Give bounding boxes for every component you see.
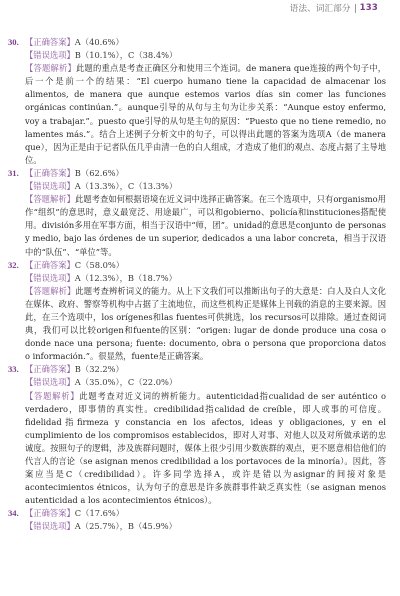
wrong-label: 【错误选项】 xyxy=(25,273,75,283)
wrong-options-row: 【错误选项】A（25.7%），B（45.9%） xyxy=(25,520,386,533)
running-header: 语法、词汇部分 133 xyxy=(290,2,378,14)
header-divider xyxy=(355,4,356,13)
correct-value: C（58.0%） xyxy=(75,260,124,270)
answer-item-32: 32. 【正确答案】C（58.0%） 【错误选项】A（12.3%），B（18.7… xyxy=(8,259,386,364)
analysis-text: 此题考查对近义词的辨析能力。autenticidad指cualidad de s… xyxy=(25,391,386,506)
question-number: 33. xyxy=(8,363,19,376)
answer-key-content: 30. 【正确答案】A（40.6%） 【错误选项】B（10.1%），C（38.4… xyxy=(8,36,386,534)
answer-item-34: 34. 【正确答案】C（17.6%） 【错误选项】A（25.7%），B（45.9… xyxy=(8,507,386,533)
page-number: 133 xyxy=(360,3,378,13)
wrong-options-row: 【错误选项】A（13.3%），C（13.3%） xyxy=(25,180,386,193)
analysis-label: 【答题解析】 xyxy=(25,63,76,73)
analysis-label: 【答题解析】 xyxy=(25,194,75,204)
wrong-value: B（10.1%），C（38.4%） xyxy=(75,50,178,60)
correct-value: A（40.6%） xyxy=(75,37,124,47)
correct-answer-row: 【正确答案】B（62.6%） xyxy=(25,167,386,180)
analysis-label: 【答题解析】 xyxy=(25,286,75,296)
question-number: 30. xyxy=(8,36,19,49)
correct-value: B（32.2%） xyxy=(75,364,124,374)
analysis-row: 【答题解析】此题考查辨析词义的能力。从上下文我们可以推断出句子的大意是：白人及白… xyxy=(25,285,386,364)
correct-label: 【正确答案】 xyxy=(25,508,75,518)
analysis-label: 【答题解析】 xyxy=(25,391,79,401)
analysis-row: 【答题解析】此题的重点是考查正确区分和使用三个连词。de manera que连… xyxy=(25,62,386,167)
wrong-label: 【错误选项】 xyxy=(25,377,75,387)
wrong-label: 【错误选项】 xyxy=(25,181,75,191)
correct-label: 【正确答案】 xyxy=(25,364,75,374)
analysis-row: 【答题解析】此题考查如何根据语境在近义词中选择正确答案。在三个选项中，只有org… xyxy=(25,193,386,258)
answer-item-30: 30. 【正确答案】A（40.6%） 【错误选项】B（10.1%），C（38.4… xyxy=(8,36,386,167)
analysis-text: 此题考查如何根据语境在近义词中选择正确答案。在三个选项中，只有organismo… xyxy=(25,194,386,256)
correct-answer-row: 【正确答案】A（40.6%） xyxy=(25,36,386,49)
correct-answer-row: 【正确答案】C（17.6%） xyxy=(25,507,386,520)
wrong-options-row: 【错误选项】A（35.0%），C（22.0%） xyxy=(25,376,386,389)
wrong-value: A（35.0%），C（22.0%） xyxy=(75,377,177,387)
analysis-text: 此题考查辨析词义的能力。从上下文我们可以推断出句子的大意是：白人及白人文化在媒体… xyxy=(25,286,386,361)
wrong-value: A（12.3%），B（18.7%） xyxy=(75,273,177,283)
answer-item-33: 33. 【正确答案】B（32.2%） 【错误选项】A（35.0%），C（22.0… xyxy=(8,363,386,507)
correct-answer-row: 【正确答案】B（32.2%） xyxy=(25,363,386,376)
wrong-label: 【错误选项】 xyxy=(25,521,75,531)
correct-value: C（17.6%） xyxy=(75,508,124,518)
correct-value: B（62.6%） xyxy=(75,168,124,178)
wrong-value: A（25.7%），B（45.9%） xyxy=(75,521,177,531)
question-number: 32. xyxy=(8,259,19,272)
wrong-label: 【错误选项】 xyxy=(25,50,75,60)
question-number: 34. xyxy=(8,507,19,520)
analysis-text: 此题的重点是考查正确区分和使用三个连词。de manera que连接的两个句子… xyxy=(25,63,386,165)
correct-label: 【正确答案】 xyxy=(25,260,75,270)
wrong-options-row: 【错误选项】B（10.1%），C（38.4%） xyxy=(25,49,386,62)
section-title: 语法、词汇部分 xyxy=(290,2,351,14)
wrong-value: A（13.3%），C（13.3%） xyxy=(75,181,177,191)
correct-label: 【正确答案】 xyxy=(25,168,75,178)
wrong-options-row: 【错误选项】A（12.3%），B（18.7%） xyxy=(25,272,386,285)
analysis-row: 【答题解析】此题考查对近义词的辨析能力。autenticidad指cualida… xyxy=(25,390,386,508)
question-number: 31. xyxy=(8,167,19,180)
answer-item-31: 31. 【正确答案】B（62.6%） 【错误选项】A（13.3%），C（13.3… xyxy=(8,167,386,259)
correct-answer-row: 【正确答案】C（58.0%） xyxy=(25,259,386,272)
correct-label: 【正确答案】 xyxy=(25,37,75,47)
